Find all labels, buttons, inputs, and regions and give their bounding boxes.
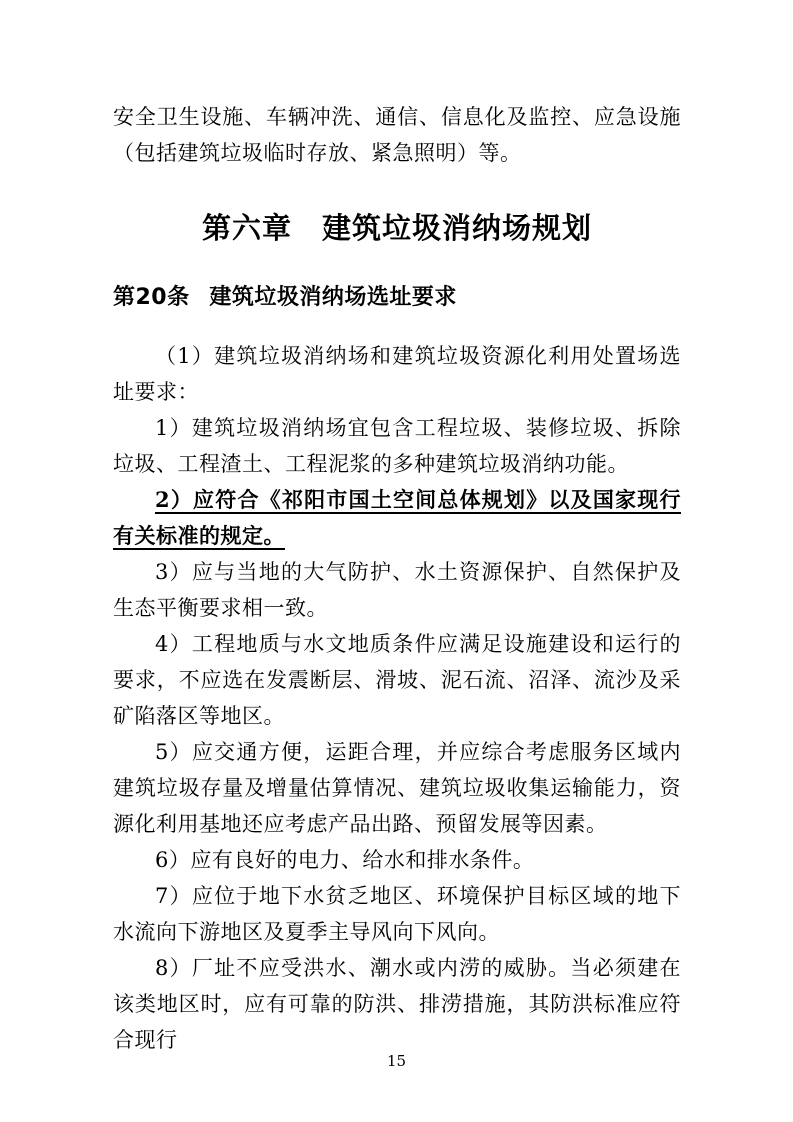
page-number: 15 xyxy=(0,1052,793,1070)
paragraph-item-2: 1）建筑垃圾消纳场宜包含工程垃圾、装修垃圾、拆除垃圾、工程渣土、工程泥浆的多种建… xyxy=(113,410,681,482)
paragraph-item-1: （1）建筑垃圾消纳场和建筑垃圾资源化利用处置场选址要求： xyxy=(113,338,681,410)
section-number: 第20条 xyxy=(113,285,190,310)
chapter-heading: 第六章 建筑垃圾消纳场规划 xyxy=(113,209,681,247)
document-page: 安全卫生设施、车辆冲洗、通信、信息化及监控、应急设施（包括建筑垃圾临时存放、紧急… xyxy=(0,0,793,1122)
paragraph-continuation: 安全卫生设施、车辆冲洗、通信、信息化及监控、应急设施（包括建筑垃圾临时存放、紧急… xyxy=(113,99,681,171)
paragraph-item-4: 3）应与当地的大气防护、水土资源保护、自然保护及生态平衡要求相一致。 xyxy=(113,554,681,626)
paragraph-item-8: 7）应位于地下水贫乏地区、环境保护目标区域的地下水流向下游地区及夏季主导风向下风… xyxy=(113,878,681,950)
paragraph-item-3-emphasized: 2）应符合《祁阳市国土空间总体规划》以及国家现行有关标准的规定。 xyxy=(113,482,681,554)
paragraph-item-9: 8）厂址不应受洪水、潮水或内涝的威胁。当必须建在该类地区时，应有可靠的防洪、排涝… xyxy=(113,950,681,1058)
section-title: 建筑垃圾消纳场选址要求 xyxy=(209,285,457,310)
paragraph-item-7: 6）应有良好的电力、给水和排水条件。 xyxy=(113,842,681,878)
paragraph-item-6: 5）应交通方便，运距合理，并应综合考虑服务区域内建筑垃圾存量及增量估算情况、建筑… xyxy=(113,734,681,842)
section-heading: 第20条建筑垃圾消纳场选址要求 xyxy=(113,283,681,313)
paragraph-item-5: 4）工程地质与水文地质条件应满足设施建设和运行的要求，不应选在发震断层、滑坡、泥… xyxy=(113,626,681,734)
